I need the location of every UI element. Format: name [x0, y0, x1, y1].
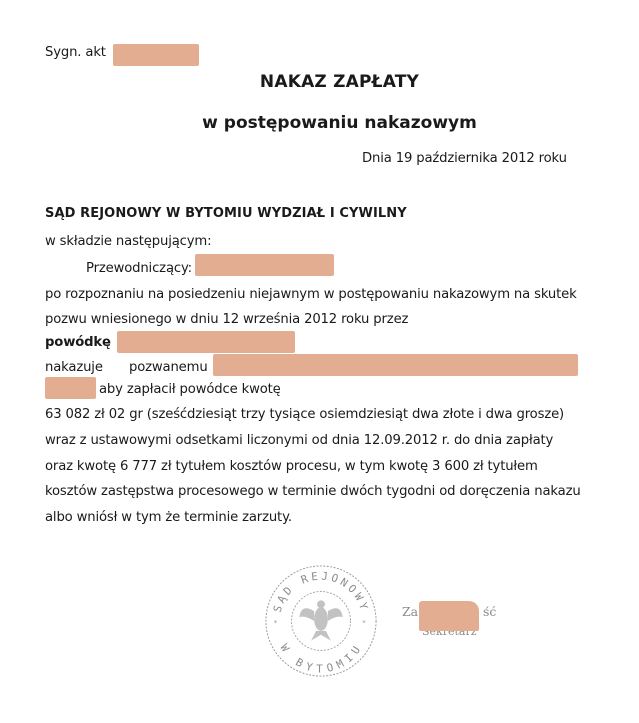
- signature-right-fragment: ść: [483, 604, 496, 619]
- signature-left-fragment: Za: [402, 604, 418, 619]
- amount-line: 63 082 zł 02 gr (sześćdziesiąt trzy tysi…: [45, 407, 564, 422]
- redacted-plaintiff-name: [117, 331, 295, 353]
- redacted-signature: [419, 601, 479, 631]
- composition-label: w składzie następującym:: [45, 234, 211, 249]
- body-line-1: po rozpoznaniu na posiedzeniu niejawnym …: [45, 287, 577, 302]
- redacted-chair-name: [195, 254, 334, 276]
- court-name: SĄD REJONOWY W BYTOMIU WYDZIAŁ I CYWILNY: [45, 206, 407, 221]
- svg-text:*: *: [274, 619, 278, 627]
- objection-line: albo wniósł w tym że terminie zarzuty.: [45, 510, 292, 525]
- redacted-case-number: [113, 44, 199, 66]
- orders-label: nakazuje: [45, 360, 103, 375]
- redacted-defendant-continuation: [45, 377, 96, 399]
- chair-label: Przewodniczący:: [86, 261, 192, 276]
- defendant-label: pozwanemu: [129, 360, 208, 375]
- interest-line: wraz z ustawowymi odsetkami liczonymi od…: [45, 433, 553, 448]
- costs-line: oraz kwotę 6 777 zł tytułem kosztów proc…: [45, 459, 538, 474]
- svg-text:*: *: [362, 619, 366, 627]
- document-date: Dnia 19 października 2012 roku: [362, 151, 567, 166]
- redacted-defendant-name: [213, 354, 578, 376]
- svg-text:W BYTOMIU: W BYTOMIU: [277, 642, 364, 676]
- plaintiff-label: powódkę: [45, 335, 111, 350]
- representation-line: kosztów zastępstwa procesowego w termini…: [45, 484, 581, 499]
- document-subtitle: w postępowaniu nakazowym: [0, 113, 639, 133]
- court-stamp-icon: SĄD REJONOWY W BYTOMIU * *: [262, 562, 380, 680]
- document-title: NAKAZ ZAPŁATY: [0, 72, 639, 92]
- case-number-label: Sygn. akt: [45, 45, 106, 60]
- payment-order-line: aby zapłacił powódce kwotę: [99, 382, 281, 397]
- body-line-2: pozwu wniesionego w dniu 12 września 201…: [45, 312, 408, 327]
